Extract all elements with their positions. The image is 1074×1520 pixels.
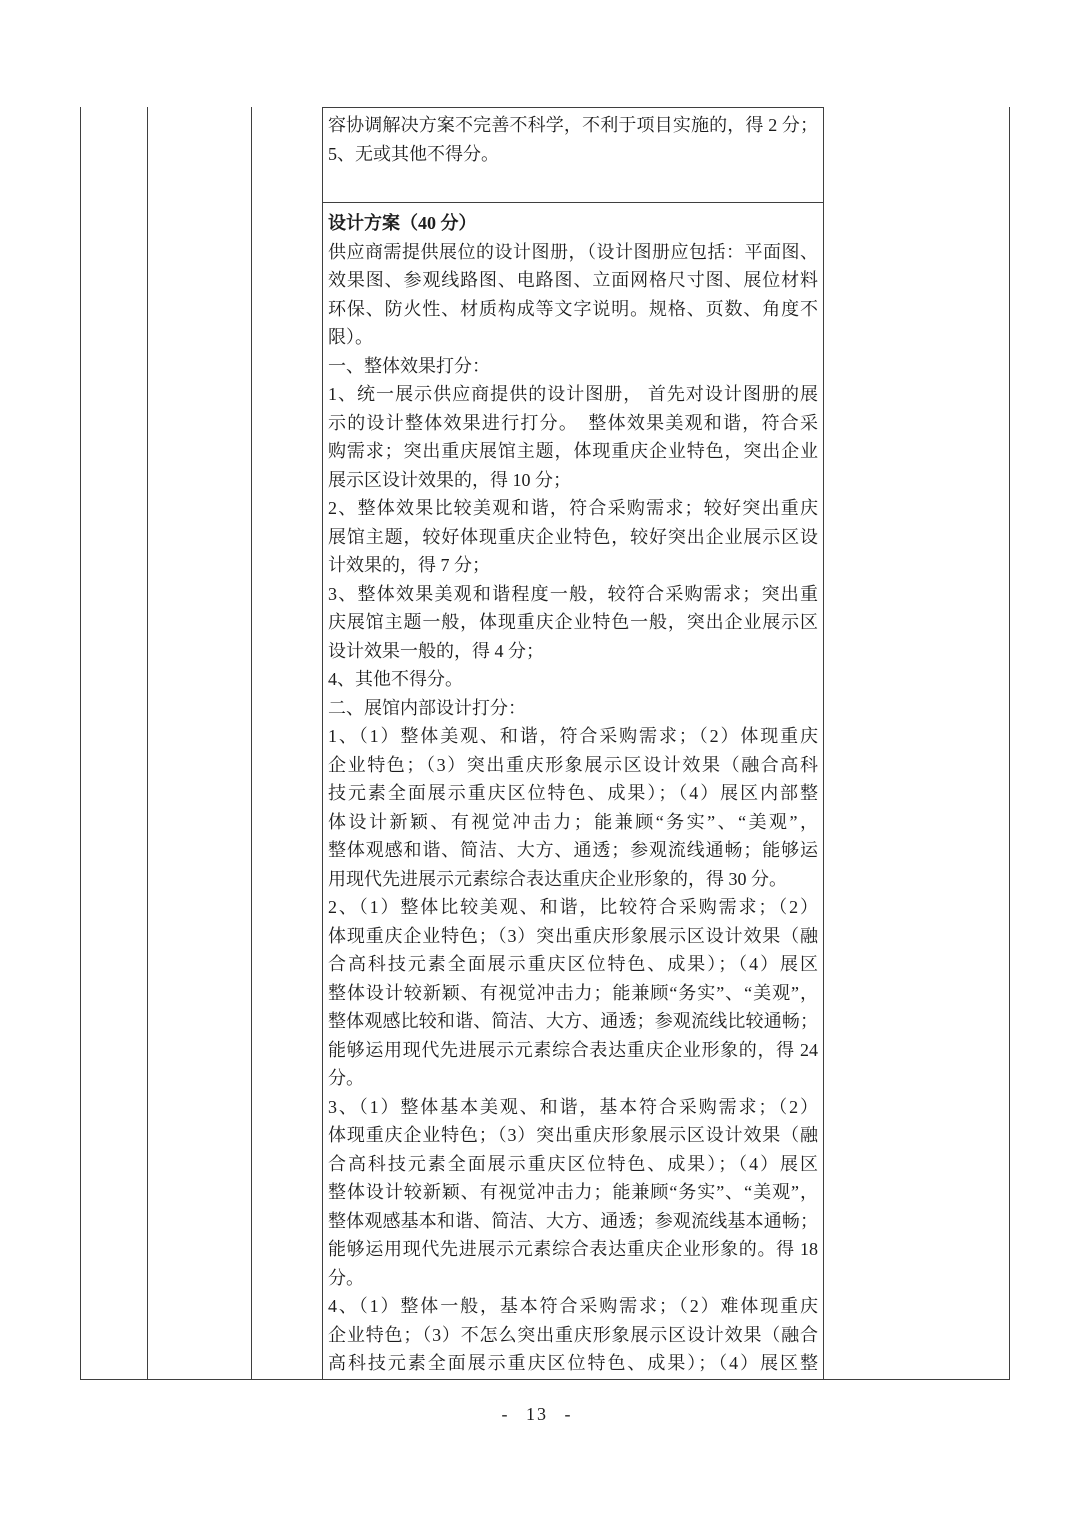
text-line: 容协调解决方案不完善不科学，不利于项目实施的，得 2 分；	[328, 111, 818, 140]
text-line: 技元素全面展示重庆区位特色、成果）；（4）展区内部整	[328, 779, 818, 808]
table-border-row-divider	[322, 202, 824, 203]
text-line: 分。	[328, 1264, 818, 1293]
text-line: 4、（1）整体一般，基本符合采购需求；（2）难体现重庆	[328, 1292, 818, 1321]
text-line: 整体设计较新颖、有视觉冲击力；能兼顾“务实”、“美观”，	[328, 979, 818, 1008]
text-line: 二、展馆内部设计打分：	[328, 694, 818, 723]
text-line: 3、（1）整体基本美观、和谐，基本符合采购需求；（2）	[328, 1093, 818, 1122]
table-border-cell-top	[322, 107, 824, 108]
text-line: 1、（1）整体美观、和谐，符合采购需求；（2）体现重庆	[328, 722, 818, 751]
text-line: 体设计新颖、有视觉冲击力；能兼顾“务实”、“美观”，	[328, 808, 818, 837]
table-border-col3-col4	[322, 107, 323, 1379]
text-line: 5、无或其他不得分。	[328, 140, 818, 169]
text-line: 能够运用现代先进展示元素综合表达重庆企业形象的。得 18	[328, 1235, 818, 1264]
text-line: 1、统一展示供应商提供的设计图册， 首先对设计图册的展	[328, 380, 818, 409]
text-line: 企业特色；（3）突出重庆形象展示区设计效果（融合高科	[328, 751, 818, 780]
text-line: 3、整体效果美观和谐程度一般，较符合采购需求；突出重	[328, 580, 818, 609]
table-cell-design-scheme: 设计方案（40 分）供应商需提供展位的设计图册，（设计图册应包括：平面图、效果图…	[328, 209, 818, 1378]
page-number: - 13 -	[0, 1404, 1074, 1425]
text-line: 企业特色；（3）不怎么突出重庆形象展示区设计效果（融合	[328, 1321, 818, 1350]
text-line: 整体观感比较和谐、简洁、大方、通透；参观流线比较通畅；	[328, 1007, 818, 1036]
text-line: 示的设计整体效果进行打分。 整体效果美观和谐，符合采	[328, 409, 818, 438]
document-page: 容协调解决方案不完善不科学，不利于项目实施的，得 2 分；5、无或其他不得分。 …	[0, 0, 1074, 1520]
text-line: 整体设计较新颖、有视觉冲击力；能兼顾“务实”、“美观”，	[328, 1178, 818, 1207]
text-line: 设计效果一般的，得 4 分；	[328, 637, 818, 666]
text-line: 能够运用现代先进展示元素综合表达重庆企业形象的，得 24	[328, 1036, 818, 1065]
text-line: 2、（1）整体比较美观、和谐，比较符合采购需求；（2）	[328, 893, 818, 922]
table-border-right	[1009, 107, 1010, 1379]
text-line: 一、整体效果打分：	[328, 352, 818, 381]
text-line: 2、整体效果比较美观和谐，符合采购需求；较好突出重庆	[328, 494, 818, 523]
text-line: 展示区设计效果的，得 10 分；	[328, 466, 818, 495]
text-line: 购需求；突出重庆展馆主题，体现重庆企业特色，突出企业	[328, 437, 818, 466]
text-line: 用现代先进展示元素综合表达重庆企业形象的，得 30 分。	[328, 865, 818, 894]
table-border-col4-col5	[823, 107, 824, 1379]
text-line: 计效果的，得 7 分；	[328, 551, 818, 580]
text-line: 高科技元素全面展示重庆区位特色、成果）；（4）展区整	[328, 1349, 818, 1378]
text-line: 整体观感基本和谐、简洁、大方、通透；参观流线基本通畅；	[328, 1207, 818, 1236]
table-border-left	[80, 107, 81, 1379]
text-line: 限）。	[328, 323, 818, 352]
text-line: 庆展馆主题一般，体现重庆企业特色一般，突出企业展示区	[328, 608, 818, 637]
text-line: 环保、防火性、材质构成等文字说明。规格、页数、角度不	[328, 295, 818, 324]
text-line: 体现重庆企业特色；（3）突出重庆形象展示区设计效果（融	[328, 922, 818, 951]
table-border-bottom	[80, 1379, 1010, 1380]
text-line: 4、其他不得分。	[328, 665, 818, 694]
text-line: 整体观感和谐、简洁、大方、通透；参观流线通畅；能够运	[328, 836, 818, 865]
table-border-col1-col2	[147, 107, 148, 1379]
table-border-col2-col3	[251, 107, 252, 1379]
table-cell-criteria-continued: 容协调解决方案不完善不科学，不利于项目实施的，得 2 分；5、无或其他不得分。	[328, 111, 818, 168]
text-line: 合高科技元素全面展示重庆区位特色、成果）；（4）展区	[328, 1150, 818, 1179]
text-line: 展馆主题，较好体现重庆企业特色，较好突出企业展示区设	[328, 523, 818, 552]
text-line: 体现重庆企业特色；（3）突出重庆形象展示区设计效果（融	[328, 1121, 818, 1150]
text-line: 设计方案（40 分）	[328, 209, 818, 238]
text-line: 分。	[328, 1064, 818, 1093]
text-line: 合高科技元素全面展示重庆区位特色、成果）；（4）展区	[328, 950, 818, 979]
text-line: 效果图、参观线路图、电路图、立面网格尺寸图、展位材料	[328, 266, 818, 295]
text-line: 供应商需提供展位的设计图册，（设计图册应包括：平面图、	[328, 238, 818, 267]
